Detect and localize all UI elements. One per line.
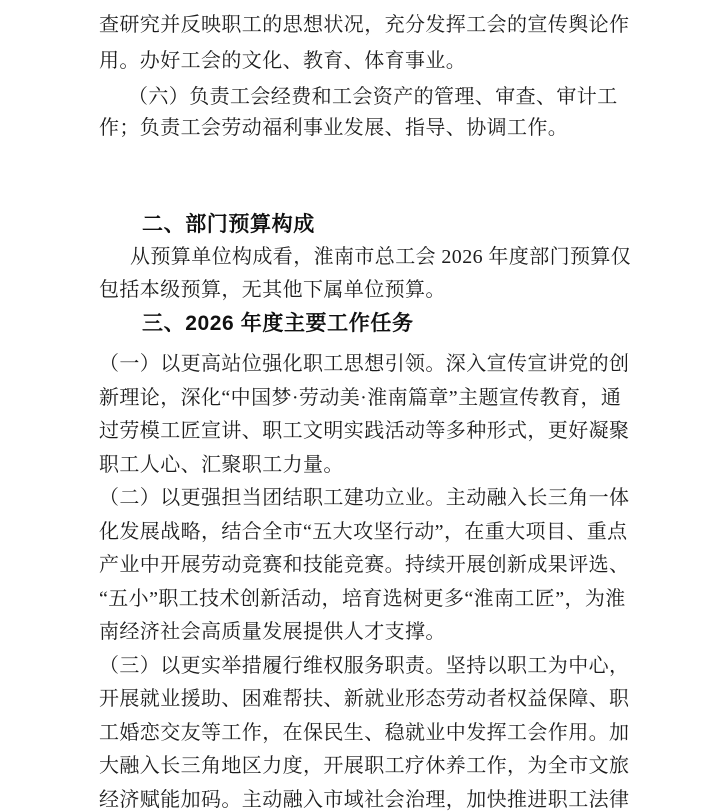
document-page: 查研究并反映职工的思想状况，充分发挥工会的宣传舆论作 用。办好工会的文化、教育、… xyxy=(0,0,707,811)
doc-line-18-task-three: （三）以更实举措履行维权服务职责。坚持以职工为中心， xyxy=(99,655,659,678)
doc-line-12: 职工人心、汇聚职工力量。 xyxy=(99,454,659,477)
doc-line-6: 从预算单位构成看，淮南市总工会 2026 年度部门预算仅 xyxy=(99,246,690,269)
doc-line-13-task-two: （二）以更强担当团结职工建功立业。主动融入长三角一体 xyxy=(99,487,659,510)
section-heading-2026-tasks: 三、2026 年度主要工作任务 xyxy=(99,312,702,335)
doc-line-17: 南经济社会高质量发展提供人才支撑。 xyxy=(99,621,659,644)
doc-line-3-duty-six: （六）负责工会经费和工会资产的管理、审查、审计工 xyxy=(99,86,688,109)
doc-line-21: 大融入长三角地区力度，开展职工疗休养工作，为全市文旅 xyxy=(99,755,659,778)
doc-line-9-task-one: （一）以更高站位强化职工思想引领。深入宣传宣讲党的创 xyxy=(99,353,659,376)
doc-line-2: 用。办好工会的文化、教育、体育事业。 xyxy=(99,50,659,73)
doc-line-1: 查研究并反映职工的思想状况，充分发挥工会的宣传舆论作 xyxy=(99,14,659,37)
doc-line-10: 新理论，深化“中国梦·劳动美·淮南篇章”主题宣传教育，通 xyxy=(99,387,659,410)
doc-line-14: 化发展战略，结合全市“五大攻坚行动”，在重大项目、重点 xyxy=(99,521,659,544)
doc-line-16: “五小”职工技术创新活动，培育选树更多“淮南工匠”，为淮 xyxy=(99,588,659,611)
doc-line-22: 经济赋能加码。主动融入市域社会治理，加快推进职工法律 xyxy=(99,789,659,811)
doc-line-7: 包括本级预算，无其他下属单位预算。 xyxy=(99,279,659,302)
doc-line-15: 产业中开展劳动竞赛和技能竞赛。持续开展创新成果评选、 xyxy=(99,554,659,577)
doc-line-20: 工婚恋交友等工作，在保民生、稳就业中发挥工会作用。加 xyxy=(99,722,659,745)
doc-line-11: 过劳模工匠宣讲、职工文明实践活动等多种形式，更好凝聚 xyxy=(99,420,659,443)
doc-line-4: 作；负责工会劳动福利事业发展、指导、协调工作。 xyxy=(99,117,659,140)
doc-line-19: 开展就业援助、困难帮扶、新就业形态劳动者权益保障、职 xyxy=(99,688,659,711)
section-heading-budget-composition: 二、部门预算构成 xyxy=(99,213,702,236)
